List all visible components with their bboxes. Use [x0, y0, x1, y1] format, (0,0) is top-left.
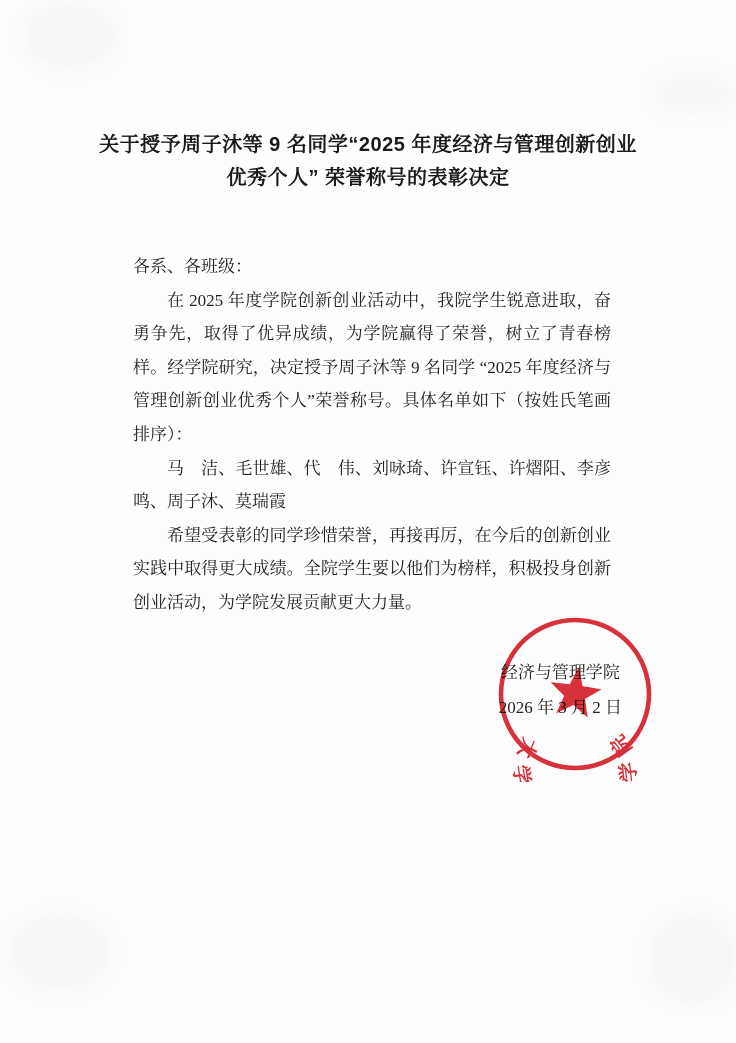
scan-shadow-top-right [652, 74, 736, 114]
document-body: 各系、各班级： 在 2025 年度学院创新创业活动中，我院学生锐意进取，奋勇争先… [133, 250, 611, 620]
document-title-line-1: 关于授予周子沐等 9 名同学“2025 年度经济与管理创新创业 [68, 129, 668, 162]
paragraph-exhortation: 希望受表彰的同学珍惜荣誉，再接再厉，在今后的创新创业实践中取得更大成绩。全院学生… [133, 519, 611, 620]
salutation: 各系、各班级： [133, 250, 611, 284]
scan-shadow-bottom-left [12, 916, 108, 990]
paragraph-decision: 在 2025 年度学院创新创业活动中，我院学生锐意进取，奋勇争先，取得了优异成绩… [133, 284, 611, 452]
scanned-document-page: 关于授予周子沐等 9 名同学“2025 年度经济与管理创新创业 优秀个人” 荣誉… [0, 0, 736, 1043]
signature-date: 2026 年 3 月 2 日 [499, 690, 622, 725]
signature-org: 经济与管理学院 [499, 655, 622, 690]
seal-arc-text: 大学经济与管理学院 [508, 722, 641, 782]
paragraph-name-list: 马 洁、毛世雄、代 伟、刘咏琦、许宣钰、许熠阳、李彦鸣、周子沐、莫瑞霞 [133, 452, 611, 519]
signature-block: 经济与管理学院 2026 年 3 月 2 日 [499, 655, 622, 725]
scan-shadow-bottom-right [650, 916, 736, 1002]
scan-shadow-top-left [26, 4, 114, 68]
document-title-line-2: 优秀个人” 荣誉称号的表彰决定 [68, 162, 668, 195]
document-title: 关于授予周子沐等 9 名同学“2025 年度经济与管理创新创业 优秀个人” 荣誉… [68, 129, 668, 195]
